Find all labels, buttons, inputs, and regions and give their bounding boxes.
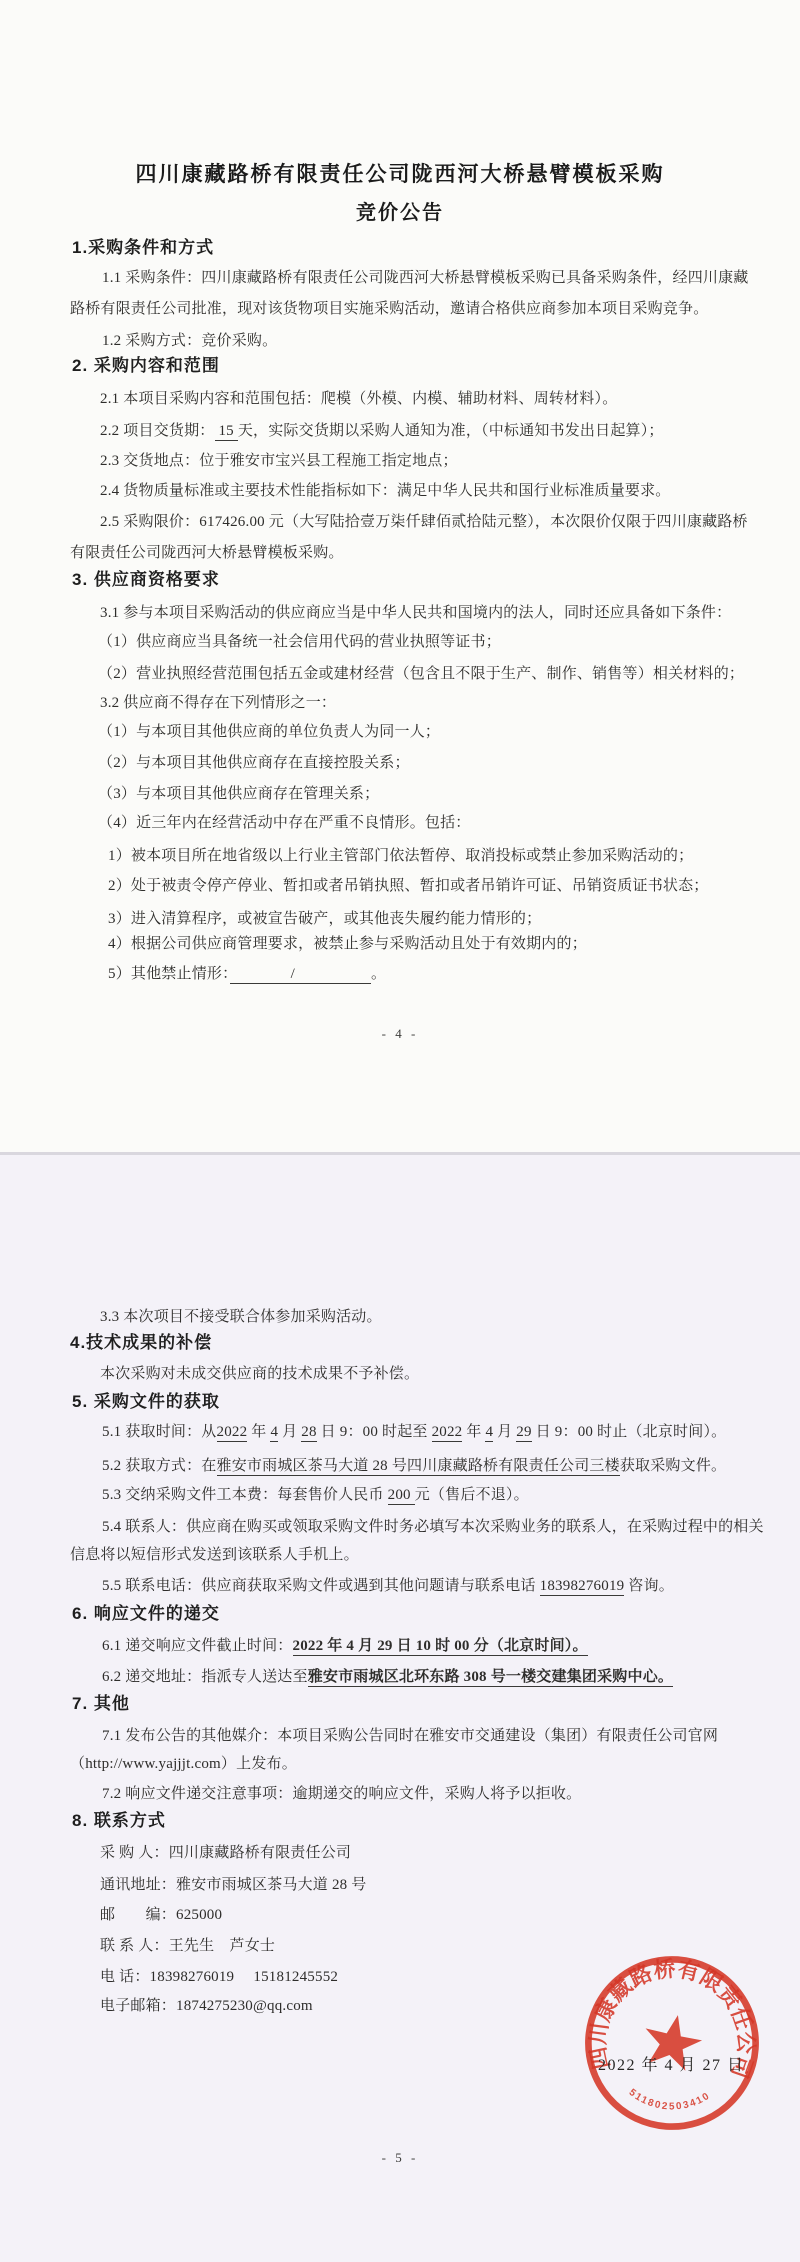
text-segment: 4）根据公司供应商管理要求，被禁止参与采购活动且处于有效期内的； <box>108 936 587 952</box>
text-segment: 2022 年 4 月 29 日 10 时 00 分（北京时间）。 <box>293 1638 588 1656</box>
section-6-heading: 6. 响应文件的递交 <box>72 1604 220 1624</box>
text-segment: 6.1 递交响应文件截止时间： <box>102 1638 293 1654</box>
text-line: 本次采购对未成交供应商的技术成果不予补偿。 <box>100 1364 419 1384</box>
text-line: 电子邮箱：1874275230@qq.com <box>100 1996 313 2016</box>
text-segment: 1.采购条件和方式 <box>72 238 214 257</box>
text-segment: 元（售后不退）。 <box>415 1487 529 1503</box>
text-line: 信息将以短信形式发送到该联系人手机上。 <box>70 1545 359 1565</box>
text-line: 3.2 供应商不得存在下列情形之一： <box>100 693 336 713</box>
text-segment: （http://www.yajjjt.com）上发布。 <box>70 1756 297 1772</box>
section-3-heading: 3. 供应商资格要求 <box>72 570 220 590</box>
text-segment: 1）被本项目所在地省级以上行业主管部门依法暂停、取消投标或禁止参加采购活动的； <box>108 848 693 864</box>
text-segment: 5.3 交纳采购文件工本费：每套售价人民币 <box>102 1487 388 1503</box>
text-line: （2）营业执照经营范围包括五金或建材经营（包含且不限于生产、制作、销售等）相关材… <box>98 664 744 684</box>
text-segment: 电子邮箱：1874275230@qq.com <box>100 1998 313 2014</box>
text-segment: 6.2 递交地址：指派专人送达至 <box>102 1669 308 1685</box>
text-segment: 天，实际交货期以采购人通知为准，（中标通知书发出日起算）； <box>238 423 664 439</box>
text-line: （1）与本项目其他供应商的单位负责人为同一人； <box>98 722 440 742</box>
text-segment: 4.技术成果的补偿 <box>70 1333 212 1352</box>
text-segment: 采 购 人：四川康藏路桥有限责任公司 <box>100 1845 351 1861</box>
text-line: 2.4 货物质量标准或主要技术性能指标如下：满足中华人民共和国行业标准质量要求。 <box>100 481 671 501</box>
text-line: （2）与本项目其他供应商存在直接控股关系； <box>98 753 410 773</box>
text-segment: 3.3 本次项目不接受联合体参加采购活动。 <box>100 1309 382 1325</box>
text-line: 电 话：18398276019 15181245552 <box>100 1967 338 1987</box>
text-line: 6.1 递交响应文件截止时间：2022 年 4 月 29 日 10 时 00 分… <box>102 1636 588 1656</box>
text-segment: 通讯地址：雅安市雨城区茶马大道 28 号 <box>100 1877 367 1893</box>
text-segment: 5.1 获取时间：从 <box>102 1424 217 1440</box>
text-segment: 3.2 供应商不得存在下列情形之一： <box>100 695 336 711</box>
text-line: （4）近三年内在经营活动中存在严重不良情形。包括： <box>98 813 471 833</box>
text-segment: 有限责任公司陇西河大桥悬臂模板采购。 <box>70 545 344 561</box>
text-segment: / <box>230 966 371 984</box>
text-segment: 雅安市雨城区茶马大道 28 号四川康藏路桥有限责任公司三楼 <box>217 1458 620 1476</box>
text-segment: 日 9：00 时止（北京时间）。 <box>532 1424 727 1440</box>
text-segment: 月 <box>493 1424 516 1440</box>
text-segment: 28 <box>301 1424 316 1442</box>
text-segment: 信息将以短信形式发送到该联系人手机上。 <box>70 1547 359 1563</box>
text-segment: 2. 采购内容和范围 <box>72 356 220 375</box>
text-line: 7.2 响应文件递交注意事项：逾期递交的响应文件，采购人将予以拒收。 <box>102 1784 581 1804</box>
text-line: 2.3 交货地点：位于雅安市宝兴县工程施工指定地点； <box>100 451 458 471</box>
text-segment: 路桥有限责任公司批准，现对该货物项目实施采购活动，邀请合格供应商参加本项目采购竞… <box>70 301 708 317</box>
text-line: 联 系 人：王先生 芦女士 <box>100 1936 275 1956</box>
text-line: 采 购 人：四川康藏路桥有限责任公司 <box>100 1843 351 1863</box>
text-line: 5.5 联系电话：供应商获取采购文件或遇到其他问题请与联系电话 18398276… <box>102 1576 674 1596</box>
text-line: 3.3 本次项目不接受联合体参加采购活动。 <box>100 1307 382 1327</box>
text-segment: 5.5 联系电话：供应商获取采购文件或遇到其他问题请与联系电话 <box>102 1578 540 1594</box>
text-segment: 联 系 人：王先生 芦女士 <box>100 1938 275 1954</box>
text-line: 2.1 本项目采购内容和范围包括：爬模（外模、内模、辅助材料、周转材料）。 <box>100 389 617 409</box>
text-line: 5）其他禁止情形： / 。 <box>108 964 386 984</box>
section-2-heading: 2. 采购内容和范围 <box>72 356 220 376</box>
text-line: 6.2 递交地址：指派专人送达至雅安市雨城区北环东路 308 号一楼交建集团采购… <box>102 1667 673 1687</box>
text-line: 有限责任公司陇西河大桥悬臂模板采购。 <box>70 543 344 563</box>
scanned-document: 四川康藏路桥有限责任公司陇西河大桥悬臂模板采购 竞价公告 1.采购条件和方式1.… <box>0 0 800 2262</box>
text-segment: 邮 编：625000 <box>100 1907 222 1923</box>
text-segment: 日 9：00 时起至 <box>317 1424 432 1440</box>
text-line: 3）进入清算程序，或被宣告破产，或其他丧失履约能力情形的； <box>108 909 541 929</box>
text-line: 2.5 采购限价：617426.00 元（大写陆拾壹万柒仟肆佰贰拾陆元整），本次… <box>100 512 748 532</box>
text-segment: 2022 <box>217 1424 248 1442</box>
text-segment: 咨询。 <box>624 1578 674 1594</box>
text-line: 1.1 采购条件：四川康藏路桥有限责任公司陇西河大桥悬臂模板采购已具备采购条件，… <box>102 268 749 288</box>
text-segment: 2.1 本项目采购内容和范围包括：爬模（外模、内模、辅助材料、周转材料）。 <box>100 391 617 407</box>
text-segment: （2）与本项目其他供应商存在直接控股关系； <box>98 755 410 771</box>
section-1-heading: 1.采购条件和方式 <box>72 238 214 258</box>
text-segment: 年 <box>247 1424 270 1440</box>
text-segment: 5）其他禁止情形： <box>108 966 230 982</box>
page-number: - 4 - <box>0 1026 800 1042</box>
text-line: 5.4 联系人：供应商在购买或领取采购文件时务必填写本次采购业务的联系人，在采购… <box>102 1517 764 1537</box>
text-segment: 2.4 货物质量标准或主要技术性能指标如下：满足中华人民共和国行业标准质量要求。 <box>100 483 671 499</box>
text-segment: 雅安市雨城区北环东路 308 号一楼交建集团采购中心。 <box>308 1669 673 1687</box>
text-line: 1）被本项目所在地省级以上行业主管部门依法暂停、取消投标或禁止参加采购活动的； <box>108 846 693 866</box>
text-segment: 1.2 采购方式：竞价采购。 <box>102 333 277 349</box>
text-segment: 7.1 发布公告的其他媒介：本项目采购公告同时在雅安市交通建设（集团）有限责任公… <box>102 1728 718 1744</box>
text-line: 5.2 获取方式：在雅安市雨城区茶马大道 28 号四川康藏路桥有限责任公司三楼获… <box>102 1456 726 1476</box>
text-segment: 6. 响应文件的递交 <box>72 1604 220 1623</box>
text-segment: 。 <box>371 966 386 982</box>
text-segment: 1.1 采购条件：四川康藏路桥有限责任公司陇西河大桥悬臂模板采购已具备采购条件，… <box>102 270 749 286</box>
seal-date: 2022 年 4 月 27 日 <box>598 2052 745 2075</box>
text-segment: 2.5 采购限价：617426.00 元（大写陆拾壹万柒仟肆佰贰拾陆元整），本次… <box>100 514 748 530</box>
text-segment: 4 <box>270 1424 278 1442</box>
text-segment: （2）营业执照经营范围包括五金或建材经营（包含且不限于生产、制作、销售等）相关材… <box>98 666 744 682</box>
text-segment: 2）处于被责令停产停业、暂扣或者吊销执照、暂扣或者吊销许可证、吊销资质证书状态； <box>108 878 709 894</box>
text-segment: 5.2 获取方式：在 <box>102 1458 217 1474</box>
text-segment: 本次采购对未成交供应商的技术成果不予补偿。 <box>100 1366 419 1382</box>
page-1: 四川康藏路桥有限责任公司陇西河大桥悬臂模板采购 竞价公告 1.采购条件和方式1.… <box>0 0 800 1152</box>
page-number: - 5 - <box>0 2150 800 2166</box>
section-5-heading: 5. 采购文件的获取 <box>72 1392 220 1412</box>
text-segment: （1）与本项目其他供应商的单位负责人为同一人； <box>98 724 440 740</box>
text-segment: 5. 采购文件的获取 <box>72 1392 220 1411</box>
text-line: 5.1 获取时间：从2022 年 4 月 28 日 9：00 时起至 2022 … <box>102 1422 726 1442</box>
text-line: 4）根据公司供应商管理要求，被禁止参与采购活动且处于有效期内的； <box>108 934 587 954</box>
text-segment: 月 <box>278 1424 301 1440</box>
text-segment: 200 <box>388 1487 415 1505</box>
text-segment: 2022 <box>432 1424 463 1442</box>
text-segment: 获取采购文件。 <box>620 1458 726 1474</box>
text-segment: 7. 其他 <box>72 1694 130 1713</box>
text-segment: 电 话：18398276019 15181245552 <box>100 1969 338 1985</box>
text-line: 7.1 发布公告的其他媒介：本项目采购公告同时在雅安市交通建设（集团）有限责任公… <box>102 1726 718 1746</box>
text-segment: （3）与本项目其他供应商存在管理关系； <box>98 786 379 802</box>
text-line: 2.2 项目交货期： 15 天，实际交货期以采购人通知为准，（中标通知书发出日起… <box>100 421 664 441</box>
text-line: 2）处于被责令停产停业、暂扣或者吊销执照、暂扣或者吊销许可证、吊销资质证书状态； <box>108 876 709 896</box>
text-line: 通讯地址：雅安市雨城区茶马大道 28 号 <box>100 1875 367 1895</box>
section-8-heading: 8. 联系方式 <box>72 1811 166 1831</box>
text-line: 路桥有限责任公司批准，现对该货物项目实施采购活动，邀请合格供应商参加本项目采购竞… <box>70 299 708 319</box>
text-line: 5.3 交纳采购文件工本费：每套售价人民币 200 元（售后不退）。 <box>102 1485 529 1505</box>
text-segment: 年 <box>462 1424 485 1440</box>
text-segment: 29 <box>516 1424 531 1442</box>
doc-title-line-2: 竞价公告 <box>0 196 800 225</box>
text-line: （1）供应商应当具备统一社会信用代码的营业执照等证书； <box>98 632 501 652</box>
text-segment: （4）近三年内在经营活动中存在严重不良情形。包括： <box>98 815 471 831</box>
text-segment: 15 <box>215 423 238 441</box>
text-line: （3）与本项目其他供应商存在管理关系； <box>98 784 379 804</box>
text-segment: 3）进入清算程序，或被宣告破产，或其他丧失履约能力情形的； <box>108 911 541 927</box>
text-line: 1.2 采购方式：竞价采购。 <box>102 331 277 351</box>
text-segment: 3. 供应商资格要求 <box>72 570 220 589</box>
text-segment: 2.3 交货地点：位于雅安市宝兴县工程施工指定地点； <box>100 453 458 469</box>
text-segment: 7.2 响应文件递交注意事项：逾期递交的响应文件，采购人将予以拒收。 <box>102 1786 581 1802</box>
text-segment: 3.1 参与本项目采购活动的供应商应当是中华人民共和国境内的法人，同时还应具备如… <box>100 605 731 621</box>
text-line: （http://www.yajjjt.com）上发布。 <box>70 1754 297 1774</box>
text-segment: （1）供应商应当具备统一社会信用代码的营业执照等证书； <box>98 634 501 650</box>
text-segment: 18398276019 <box>540 1578 625 1596</box>
text-segment: 2.2 项目交货期： <box>100 423 215 439</box>
section-7-heading: 7. 其他 <box>72 1694 130 1714</box>
text-line: 3.1 参与本项目采购活动的供应商应当是中华人民共和国境内的法人，同时还应具备如… <box>100 603 731 623</box>
doc-title-line-1: 四川康藏路桥有限责任公司陇西河大桥悬臂模板采购 <box>0 158 800 188</box>
text-line: 邮 编：625000 <box>100 1905 222 1925</box>
company-seal: 四川康藏路桥有限责任公司 5118025034105 <box>571 1942 774 2145</box>
section-4-heading: 4.技术成果的补偿 <box>70 1333 212 1353</box>
text-segment: 5.4 联系人：供应商在购买或领取采购文件时务必填写本次采购业务的联系人，在采购… <box>102 1519 764 1535</box>
text-segment: 8. 联系方式 <box>72 1811 166 1830</box>
